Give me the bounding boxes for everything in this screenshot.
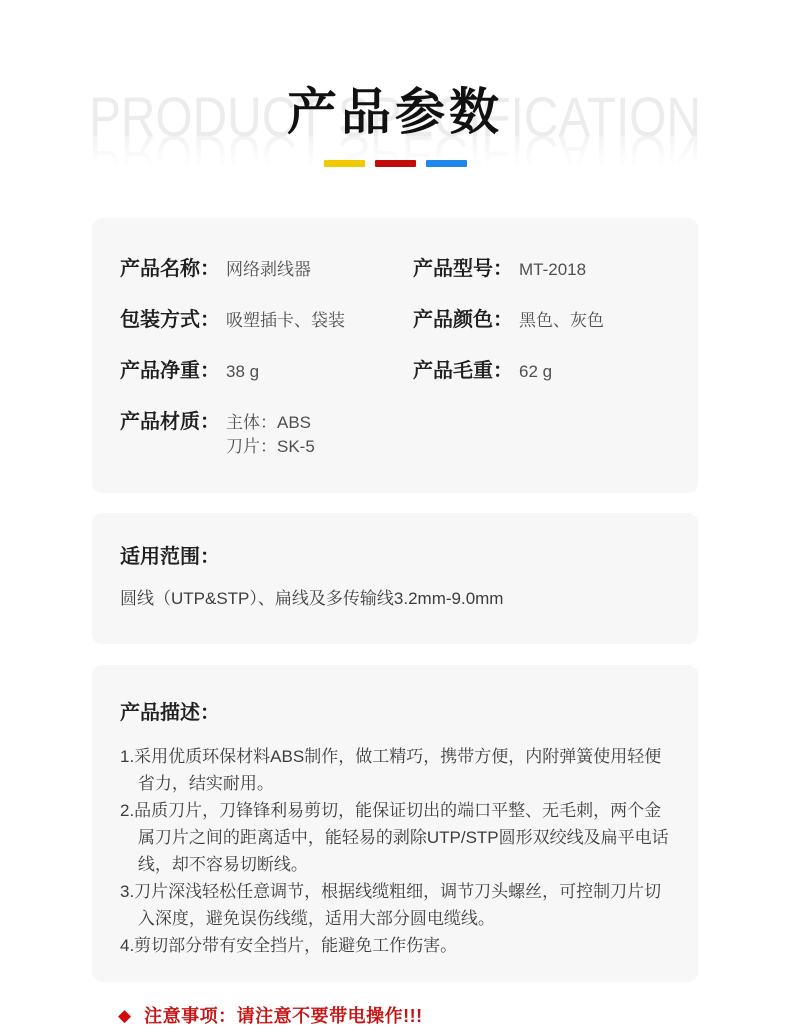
description-card: 产品描述： 1.采用优质环保材料ABS制作，做工精巧，携带方便，内附弹簧使用轻便… [92, 665, 698, 982]
spec-label: 产品毛重： [413, 358, 513, 384]
spec-row-name-model: 产品名称： 网络剥线器 产品型号： MT-2018 [120, 256, 670, 283]
scope-heading: 适用范围： [120, 543, 670, 571]
spec-product-name: 产品名称： 网络剥线器 [120, 256, 413, 283]
description-item: 4.剪切部分带有安全挡片，能避免工作伤害。 [120, 932, 670, 959]
spec-label: 包装方式： [120, 307, 220, 333]
underline-bar-yellow [324, 160, 365, 167]
spec-row-material: 产品材质： 主体：ABS 刀片：SK-5 [120, 409, 670, 459]
header-section: PRODUCT SPECIFICATION PRODUCT SPECIFICAT… [0, 0, 790, 200]
spec-label: 产品颜色： [413, 307, 513, 333]
title-underline-bars [0, 160, 790, 167]
spec-value: 网络剥线器 [226, 257, 311, 283]
underline-bar-red [375, 160, 416, 167]
product-spec-page: PRODUCT SPECIFICATION PRODUCT SPECIFICAT… [0, 0, 790, 1033]
spec-value: 吸塑插卡、袋装 [226, 308, 345, 334]
spec-label: 产品材质： [120, 409, 220, 435]
spec-net-weight: 产品净重： 38 g [120, 358, 413, 385]
spec-value: 黑色、灰色 [519, 308, 604, 334]
underline-bar-blue [426, 160, 467, 167]
spec-material-values: 主体：ABS 刀片：SK-5 [226, 411, 315, 459]
material-blade: 刀片：SK-5 [226, 435, 315, 459]
description-list: 1.采用优质环保材料ABS制作，做工精巧，携带方便，内附弹簧使用轻便省力，结实耐… [120, 743, 670, 959]
spec-label: 产品型号： [413, 256, 513, 282]
spec-product-color: 产品颜色： 黑色、灰色 [413, 307, 670, 334]
spec-packaging: 包装方式： 吸塑插卡、袋装 [120, 307, 413, 334]
safety-notice-text: 注意事项：请注意不要带电操作!!! [144, 1004, 422, 1028]
spec-value: MT-2018 [519, 257, 586, 283]
description-item: 3.刀片深浅轻松任意调节，根据线缆粗细，调节刀头螺丝，可控制刀片切入深度，避免误… [120, 878, 670, 932]
spec-row-weights: 产品净重： 38 g 产品毛重： 62 g [120, 358, 670, 385]
spec-value: 62 g [519, 359, 552, 385]
specs-card: 产品名称： 网络剥线器 产品型号： MT-2018 包装方式： 吸塑插卡、袋装 … [92, 218, 698, 493]
description-item: 2.品质刀片，刀锋锋利易剪切，能保证切出的端口平整、无毛刺，两个金属刀片之间的距… [120, 797, 670, 878]
page-title: 产品参数 [0, 84, 790, 140]
spec-product-model: 产品型号： MT-2018 [413, 256, 670, 283]
spec-label: 产品名称： [120, 256, 220, 282]
scope-card: 适用范围： 圆线（UTP&STP）、扁线及多传输线3.2mm-9.0mm [92, 513, 698, 644]
safety-notice: ◆ 注意事项：请注意不要带电操作!!! [118, 1004, 790, 1028]
scope-body: 圆线（UTP&STP）、扁线及多传输线3.2mm-9.0mm [120, 587, 670, 611]
diamond-icon: ◆ [118, 1004, 131, 1028]
spec-gross-weight: 产品毛重： 62 g [413, 358, 670, 385]
material-body: 主体：ABS [226, 411, 315, 435]
spec-row-packaging-color: 包装方式： 吸塑插卡、袋装 产品颜色： 黑色、灰色 [120, 307, 670, 334]
spec-value: 38 g [226, 359, 259, 385]
spec-label: 产品净重： [120, 358, 220, 384]
spec-material: 产品材质： 主体：ABS 刀片：SK-5 [120, 409, 413, 459]
description-heading: 产品描述： [120, 699, 670, 727]
description-item: 1.采用优质环保材料ABS制作，做工精巧，携带方便，内附弹簧使用轻便省力，结实耐… [120, 743, 670, 797]
